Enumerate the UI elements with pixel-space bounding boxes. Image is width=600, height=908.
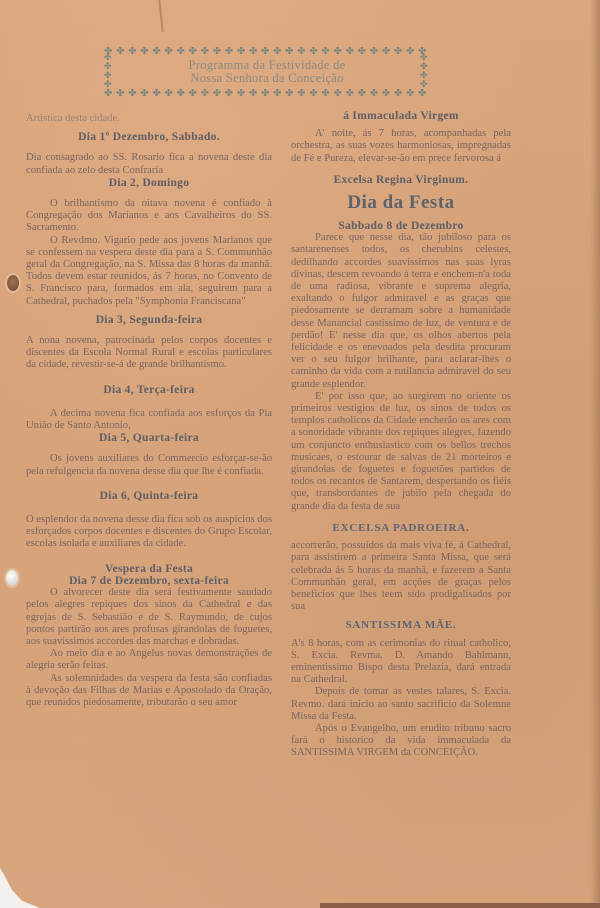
paper-crease bbox=[158, 0, 163, 32]
padroeira-text: accorrerão, possuidos da mais viva fé, á… bbox=[291, 540, 511, 613]
immaculada-heading: á Immaculada Virgem bbox=[291, 110, 511, 122]
day6-text: O esplendor da novena desse dia fica sob… bbox=[26, 514, 272, 551]
page-edge-shadow bbox=[590, 0, 600, 908]
vespera-heading: Vespera da Festa bbox=[26, 563, 272, 575]
right-column: á Immaculada Virgem A' noite, ás 7 horas… bbox=[291, 110, 511, 760]
day4-text: A decima novena fica confiada aos esforç… bbox=[26, 408, 272, 432]
program-title-line2: Nossa Senhora da Conceição bbox=[104, 72, 430, 85]
star-border-top: ✤ ✤ ✤ ✤ ✤ ✤ ✤ ✤ ✤ ✤ ✤ ✤ ✤ ✤ ✤ ✤ ✤ ✤ ✤ ✤ … bbox=[104, 47, 430, 57]
day7-text2: Ao meio dia e ao Angelus novas demonstra… bbox=[26, 648, 272, 672]
day4-heading: Dia 4, Terça-feira bbox=[26, 384, 272, 396]
day7-heading: Dia 7 de Dezembro, sexta-feira bbox=[26, 575, 272, 587]
padroeira-heading: EXCELSA PADROEIRA. bbox=[291, 522, 511, 534]
day2-heading: Dia 2, Domingo bbox=[26, 177, 272, 189]
program-title: Programma da Festividade de Nossa Senhor… bbox=[104, 59, 430, 85]
program-header-box: ✤ ✤ ✤ ✤ ✤ ✤ ✤ ✤ ✤ ✤ ✤ ✤ ✤ ✤ ✤ ✤ ✤ ✤ ✤ ✤ … bbox=[104, 47, 430, 97]
mae-text2: Depois de tomar as vestes talares, S. Ex… bbox=[291, 686, 511, 723]
star-border-icon: ✤ ✤ ✤ ✤ ✤ ✤ ✤ ✤ ✤ ✤ ✤ ✤ ✤ ✤ ✤ ✤ ✤ ✤ ✤ ✤ … bbox=[104, 47, 430, 57]
day7-text3: As solemnidades da vespera da festa são … bbox=[26, 673, 272, 710]
dia-da-festa-title: Dia da Festa bbox=[291, 192, 511, 214]
torn-corner bbox=[0, 868, 40, 908]
regina-heading: Excelsa Regina Virginum. bbox=[291, 174, 511, 186]
mae-heading: SANTISSIMA MÃE. bbox=[291, 619, 511, 631]
day2-text2: O Revdmo. Vigario pede aos jovens Marian… bbox=[26, 235, 272, 308]
binding-hole-bottom bbox=[6, 570, 18, 586]
festa-text1: Parece que nesse dia, tão jubiloso para … bbox=[291, 232, 511, 391]
mae-text1: A's 8 horas, com as cerimonias do ritual… bbox=[291, 638, 511, 687]
intro-text: Artistica desta cidade. bbox=[26, 113, 272, 125]
star-border-icon: ✤ ✤ ✤ ✤ ✤ ✤ ✤ ✤ ✤ ✤ ✤ ✤ ✤ ✤ ✤ ✤ ✤ ✤ ✤ ✤ … bbox=[104, 89, 430, 99]
left-column: Artistica desta cidade. Dia 1º Dezembro,… bbox=[26, 113, 272, 709]
day5-heading: Dia 5, Quarta-feira bbox=[26, 432, 272, 444]
festa-text2: E' por isso que, ao surgirem no oriente … bbox=[291, 391, 511, 513]
day5-text: Os jovens auxiliares do Commercio esforç… bbox=[26, 453, 272, 477]
day1-text: Dia consagrado ao SS. Rosario fica a nov… bbox=[26, 152, 272, 176]
scanned-page: ✤ ✤ ✤ ✤ ✤ ✤ ✤ ✤ ✤ ✤ ✤ ✤ ✤ ✤ ✤ ✤ ✤ ✤ ✤ ✤ … bbox=[0, 0, 600, 908]
star-border-bottom: ✤ ✤ ✤ ✤ ✤ ✤ ✤ ✤ ✤ ✤ ✤ ✤ ✤ ✤ ✤ ✤ ✤ ✤ ✤ ✤ … bbox=[104, 89, 430, 99]
page-bottom-edge bbox=[320, 903, 600, 908]
day7-text1: O alvorecer deste dia será festivamente … bbox=[26, 587, 272, 648]
binding-hole-top bbox=[7, 275, 19, 291]
noite-text: A' noite, ás 7 horas, acompanhadas pela … bbox=[291, 128, 511, 165]
day3-heading: Dia 3, Segunda-feira bbox=[26, 314, 272, 326]
day6-heading: Dia 6, Quinta-feira bbox=[26, 490, 272, 502]
day3-text: A nona novena, patrocinada pelos corpos … bbox=[26, 335, 272, 372]
mae-text3: Após o Evangelho, um erudito tribuno sac… bbox=[291, 723, 511, 760]
day1-heading: Dia 1º Dezembro, Sabbado. bbox=[26, 131, 272, 143]
day2-text1: O brilhantismo da oitava novena é confia… bbox=[26, 198, 272, 235]
festa-date-heading: Sabbado 8 de Dezembro bbox=[291, 220, 511, 232]
